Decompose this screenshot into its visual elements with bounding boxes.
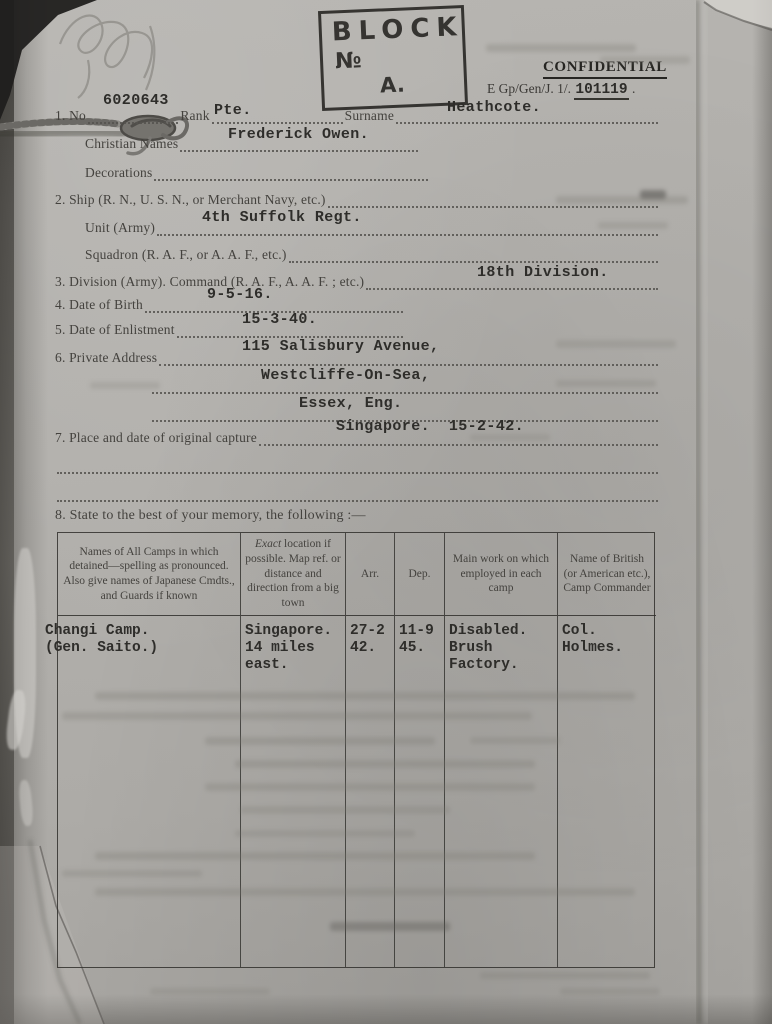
cell-camp-name: Changi Camp. (Gen. Saito.) (45, 616, 241, 967)
bleed-through-smudge (235, 830, 415, 837)
cell-commander: Col. Holmes. (558, 616, 656, 967)
cell-location: Singapore. 14 miles east. (241, 616, 346, 967)
field-row-date-of-enlistment: 5. Date of Enlistment (55, 320, 405, 338)
private-address-label: 6. Private Address (55, 350, 157, 366)
bleed-through-smudge (470, 434, 550, 441)
reference-suffix: . (629, 81, 636, 96)
header-exact-word: Exact (255, 538, 281, 550)
capture-continuation-line (55, 456, 660, 474)
address-line3-value: Essex, Eng. (299, 395, 402, 412)
capture-continuation-line (55, 484, 660, 502)
surname-label: Surname (345, 108, 394, 124)
bleed-through-smudge (150, 988, 270, 995)
stamp-no-symbol: № (335, 48, 364, 74)
header-camp-commander: Name of British (or American etc.), Camp… (558, 533, 656, 616)
cell-departure: 11-9 45. (395, 616, 445, 967)
bleed-through-smudge (240, 806, 450, 814)
file-reference: E Gp/Gen/J. 1/. 101119 . (487, 81, 635, 98)
bleed-through-smudge (95, 888, 635, 896)
date-of-enlistment-value: 15-3-40. (242, 311, 317, 328)
christian-names-value: Frederick Owen. (228, 126, 369, 143)
dotted-leader (88, 109, 178, 124)
memory-instruction: 8. State to the best of your memory, the… (55, 508, 366, 524)
header-arrival: Arr. (346, 533, 395, 616)
bleed-through-smudge (486, 44, 636, 52)
block-number-stamp: BLOCK № A. (318, 5, 468, 111)
rank-value: Pte. (214, 102, 252, 119)
reference-prefix: E Gp/Gen/J. 1/. (487, 81, 571, 96)
squadron-label: Squadron (R. A. F., or A. A. F., etc.) (85, 247, 287, 263)
bleed-through-smudge (600, 56, 690, 64)
division-value: 18th Division. (477, 264, 609, 281)
header-camp-names: Names of All Camps in which detained—spe… (58, 533, 241, 616)
bleed-through-smudge (205, 737, 435, 745)
right-edge-shadow (752, 0, 772, 1024)
field-row-unit: Unit (Army) (85, 218, 660, 236)
field-row-squadron: Squadron (R. A. F., or A. A. F., etc.) (85, 245, 660, 263)
header-exact-location: Exact location if possible. Map ref. or … (241, 533, 346, 616)
surname-value: Heathcote. (447, 99, 541, 116)
bleed-through-smudge (90, 382, 160, 389)
ship-label: 2. Ship (R. N., U. S. N., or Merchant Na… (55, 192, 326, 208)
bleed-through-smudge (470, 737, 560, 744)
bleed-through-smudge (598, 222, 668, 229)
bleed-through-smudge (556, 340, 676, 348)
dotted-leader (289, 248, 658, 263)
bleed-through-smudge (235, 760, 535, 768)
date-of-birth-value: 9-5-16. (207, 286, 273, 303)
christian-names-label: Christian Names (85, 136, 178, 152)
date-of-enlistment-label: 5. Date of Enlistment (55, 322, 175, 338)
pencil-scribble (60, 16, 154, 98)
bleed-through-smudge (480, 972, 650, 979)
address-line2-value: Westcliffe-On-Sea, (261, 367, 430, 384)
dotted-leader (57, 459, 658, 474)
field-row-decorations: Decorations (85, 163, 430, 181)
unit-value: 4th Suffolk Regt. (202, 209, 362, 226)
bleed-through-smudge (205, 783, 535, 791)
bleed-through-smudge (62, 870, 202, 877)
decorations-label: Decorations (85, 165, 152, 181)
service-number-value: 6020643 (103, 92, 169, 109)
bleed-through-smudge (556, 196, 688, 204)
bleed-through-smudge (95, 692, 635, 700)
dotted-leader (57, 487, 658, 502)
no-label: 1. No (55, 108, 86, 124)
unit-label: Unit (Army) (85, 220, 155, 236)
left-edge-gradient (0, 0, 48, 1024)
reference-number: 101119 (574, 82, 628, 100)
dotted-leader (154, 166, 428, 181)
bleed-through-smudge (556, 380, 656, 387)
header-main-work: Main work on which employed in each camp (445, 533, 558, 616)
bottom-edge-shadow (0, 994, 772, 1024)
right-fold-crease (697, 0, 707, 1024)
capture-label: 7. Place and date of original capture (55, 430, 257, 446)
cell-main-work: Disabled. Brush Factory. (445, 616, 558, 967)
date-of-birth-label: 4. Date of Birth (55, 297, 143, 313)
bleed-through-smudge (640, 190, 666, 199)
address-line1-value: 115 Salisbury Avenue, (242, 338, 439, 355)
rank-label: Rank (180, 108, 209, 124)
stamp-word: BLOCK (331, 12, 464, 47)
bleed-through-smudge (560, 988, 660, 995)
capture-value: Singapore. 15-2-42. (336, 418, 524, 435)
stamp-block-letter: A. (380, 73, 406, 98)
scanned-pow-form-page: BLOCK № A. CONFIDENTIAL E Gp/Gen/J. 1/. … (0, 0, 772, 1024)
bleed-through-smudge (62, 712, 532, 720)
header-departure: Dep. (395, 533, 445, 616)
cell-arrival: 27-2 42. (346, 616, 395, 967)
bleed-through-smudge (95, 852, 535, 860)
camps-table: Names of All Camps in which detained—spe… (57, 532, 655, 968)
bleed-through-smudge (330, 922, 450, 931)
